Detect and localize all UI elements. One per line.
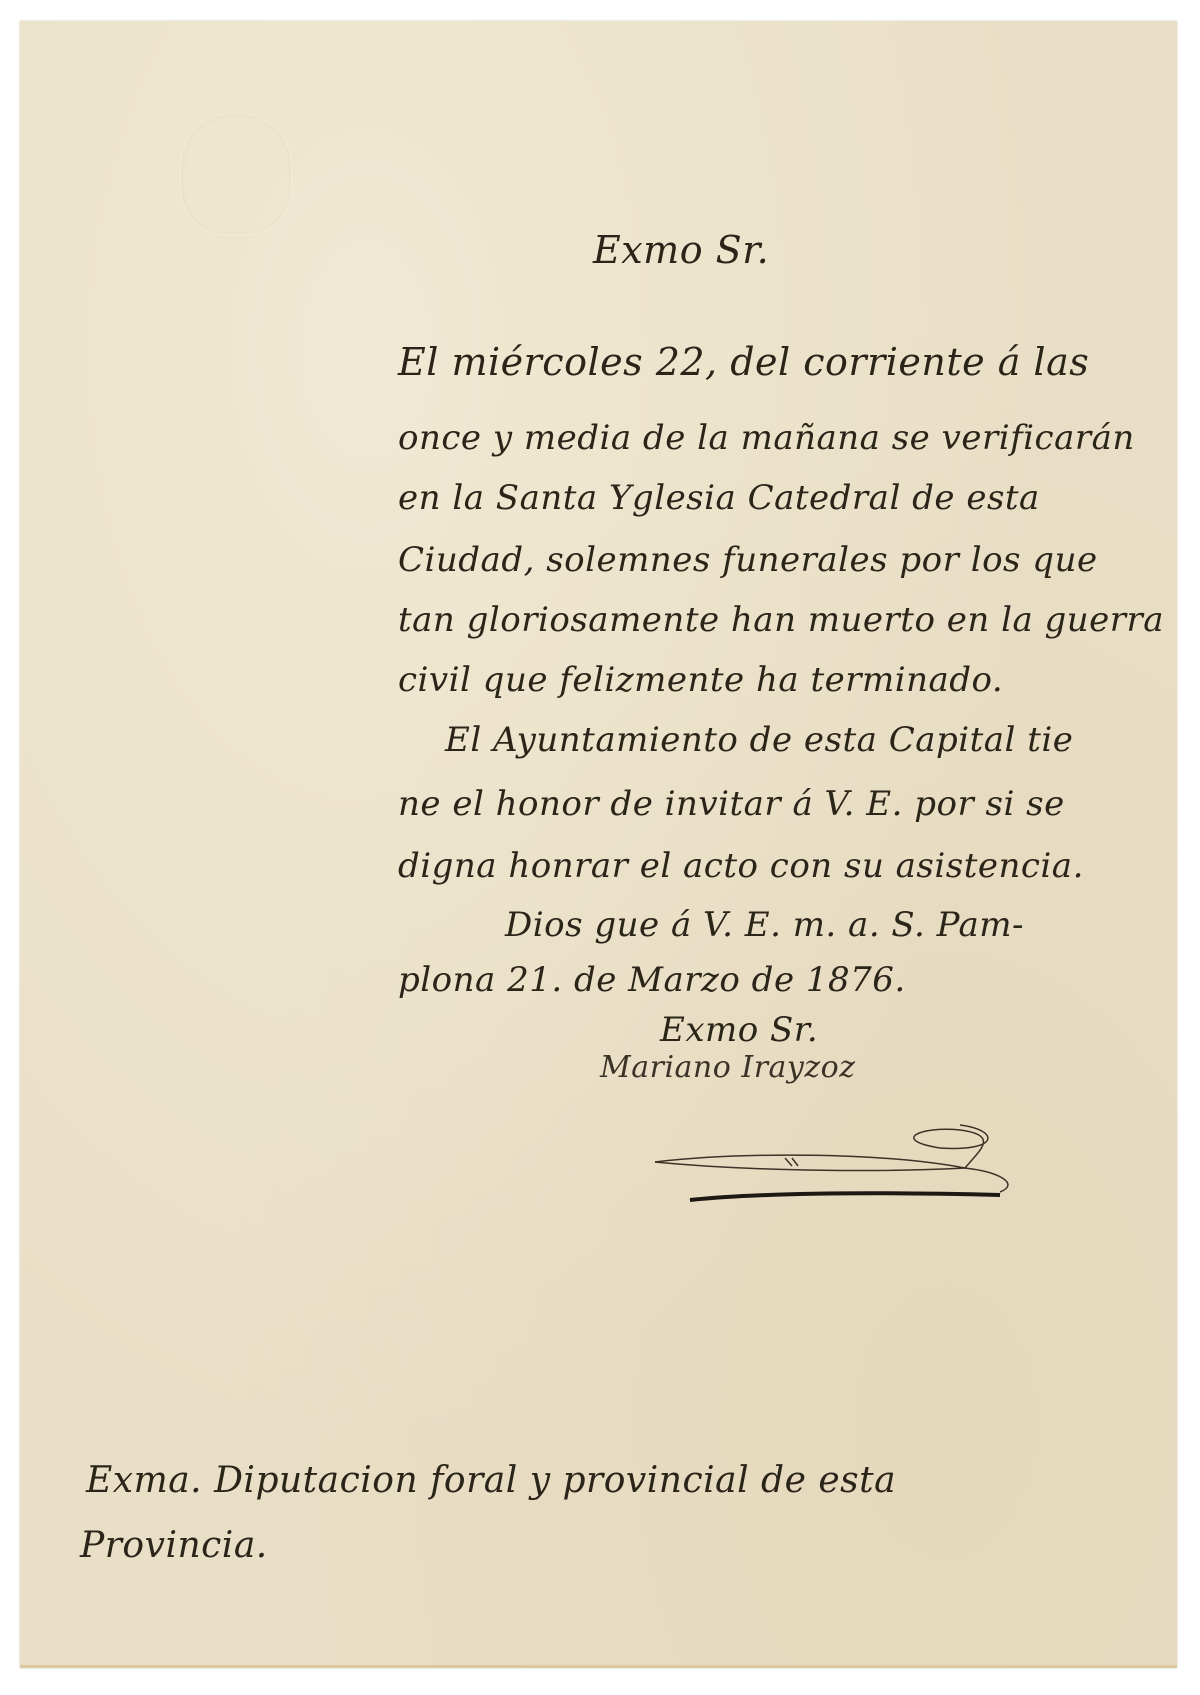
body-line-9: digna honrar el acto con su asistencia. [398, 846, 1084, 886]
body-line-8: ne el honor de invitar á V. E. por si se [398, 784, 1065, 824]
embossed-seal-icon [180, 113, 292, 235]
body-line-3: en la Santa Yglesia Catedral de esta [398, 478, 1040, 518]
closing-salutation: Exmo Sr. [660, 1010, 818, 1050]
body-line-2: once y media de la mañana se verificarán [398, 418, 1135, 458]
addressee-line-2: Provincia. [80, 1525, 268, 1566]
letter-salutation: Exmo Sr. [593, 228, 769, 272]
date-line-2: plona 21. de Marzo de 1876. [398, 960, 906, 1000]
body-line-1: El miércoles 22, del corriente á las [398, 340, 1089, 384]
addressee-line-1: Exma. Diputacion foral y provincial de e… [86, 1460, 896, 1501]
body-line-6: civil que felizmente ha terminado. [398, 660, 1003, 700]
body-line-5: tan gloriosamente han muerto en la guerr… [398, 600, 1164, 640]
signature: Mariano Irayzoz [600, 1050, 856, 1085]
signature-flourish-icon [620, 1100, 1040, 1210]
date-line-1: Dios gue á V. E. m. a. S. Pam- [505, 905, 1024, 945]
body-line-4: Ciudad, solemnes funerales por los que [398, 540, 1098, 580]
body-line-7: El Ayuntamiento de esta Capital tie [445, 720, 1073, 760]
